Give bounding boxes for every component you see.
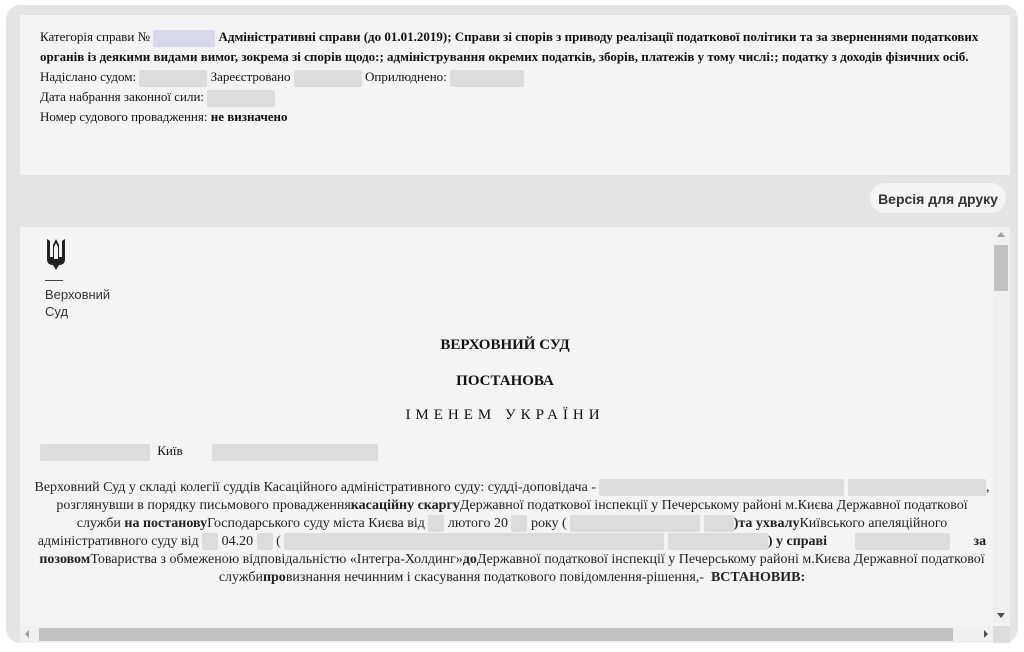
redacted-published-date bbox=[450, 70, 524, 87]
redacted-judges bbox=[599, 479, 844, 496]
text-segment: Верховний Суд у складі колегії суддів Ка… bbox=[35, 480, 596, 495]
court-title: ВЕРХОВНИЙ СУД bbox=[20, 337, 990, 354]
document-type: ПОСТАНОВА bbox=[20, 373, 990, 390]
bold-segment: про bbox=[263, 570, 286, 585]
in-name-of-ukraine: ІМЕНЕМ УКРАЇНИ bbox=[20, 407, 990, 424]
document-content: Верховний Суд ВЕРХОВНИЙ СУД ПОСТАНОВА ІМ… bbox=[20, 227, 990, 623]
logo-text-line1: Верховний bbox=[45, 286, 110, 303]
scroll-left-arrow-icon[interactable] bbox=[25, 630, 29, 638]
text-segment: Господарського суду міста Києва від bbox=[207, 516, 425, 531]
horizontal-scrollbar[interactable] bbox=[20, 626, 993, 643]
bold-segment: )та ухвалу bbox=[734, 516, 800, 531]
text-segment: лютого 20 bbox=[448, 516, 508, 531]
bold-segment: касаційну скаргу bbox=[351, 498, 460, 513]
court-logo-text: Верховний Суд bbox=[45, 286, 110, 320]
established-heading: ВСТАНОВИВ: bbox=[711, 570, 805, 585]
sent-label: Надіслано судом: bbox=[40, 69, 136, 84]
published-label: Оприлюднено: bbox=[365, 69, 447, 84]
decision-body: Верховний Суд у складі колегії суддів Ка… bbox=[34, 479, 990, 587]
scroll-up-arrow-icon[interactable] bbox=[997, 232, 1005, 237]
case-category: Категорія справи № Адміністративні справ… bbox=[40, 27, 1000, 67]
bold-segment: до bbox=[463, 552, 477, 567]
text-segment: 04.20 bbox=[222, 534, 254, 549]
horizontal-scroll-thumb[interactable] bbox=[39, 628, 953, 641]
proceeding-row: Номер судового провадження: не визначено bbox=[40, 107, 1010, 127]
case-info-card: Категорія справи № Адміністративні справ… bbox=[20, 15, 1010, 175]
redacted-day-2 bbox=[202, 533, 218, 550]
text-segment: Товариства з обмеженою відповідальністю … bbox=[90, 552, 462, 567]
vertical-scroll-thumb[interactable] bbox=[994, 245, 1008, 291]
bold-segment: на постанову bbox=[124, 516, 207, 531]
redacted-effective-date bbox=[207, 90, 275, 107]
document-viewer[interactable]: Верховний Суд ВЕРХОВНИЙ СУД ПОСТАНОВА ІМ… bbox=[20, 227, 1010, 643]
vertical-scrollbar[interactable] bbox=[993, 227, 1010, 623]
text-segment: ( bbox=[276, 534, 281, 549]
redacted-date bbox=[40, 444, 150, 461]
print-version-button[interactable]: Версія для друку bbox=[870, 183, 1006, 213]
proceeding-value: не визначено bbox=[211, 109, 288, 124]
redacted-day bbox=[428, 515, 444, 532]
bold-segment: ) у справі bbox=[768, 534, 827, 549]
page-container: Категорія справи № Адміністративні справ… bbox=[6, 5, 1018, 643]
category-label: Категорія справи № bbox=[40, 29, 150, 44]
text-segment: визнання нечинним і скасування податково… bbox=[286, 570, 704, 585]
redacted-judges-appeal-cont bbox=[668, 533, 768, 550]
redacted-year bbox=[511, 515, 527, 532]
redacted-case-number bbox=[212, 444, 378, 461]
redacted-judges-appeal bbox=[284, 533, 664, 550]
scrollbar-corner bbox=[993, 626, 1010, 643]
redacted-year-2 bbox=[257, 533, 273, 550]
redacted-sent-date bbox=[139, 70, 207, 87]
redacted-case-id bbox=[855, 533, 950, 550]
case-dates: Надіслано судом: Зареєстровано Оприлюдне… bbox=[40, 67, 1010, 87]
city: Київ bbox=[157, 443, 182, 458]
logo-text-line2: Суд bbox=[45, 303, 110, 320]
redacted-judges-cont bbox=[848, 479, 986, 496]
emblem-divider bbox=[45, 280, 63, 281]
scroll-right-arrow-icon[interactable] bbox=[984, 630, 988, 638]
redacted-judges-first bbox=[570, 515, 700, 532]
date-city-row: Київ bbox=[40, 443, 378, 461]
trident-emblem-icon bbox=[45, 237, 67, 271]
proceeding-label: Номер судового провадження: bbox=[40, 109, 207, 124]
redacted-judges-first-cont bbox=[704, 515, 734, 532]
redacted-registered-date bbox=[294, 70, 362, 87]
redacted-category-number bbox=[153, 30, 215, 47]
text-segment: року ( bbox=[531, 516, 567, 531]
scroll-down-arrow-icon[interactable] bbox=[997, 613, 1005, 618]
registered-label: Зареєстровано bbox=[211, 69, 291, 84]
effective-label: Дата набрання законної сили: bbox=[40, 89, 204, 104]
effective-date-row: Дата набрання законної сили: bbox=[40, 87, 1010, 107]
